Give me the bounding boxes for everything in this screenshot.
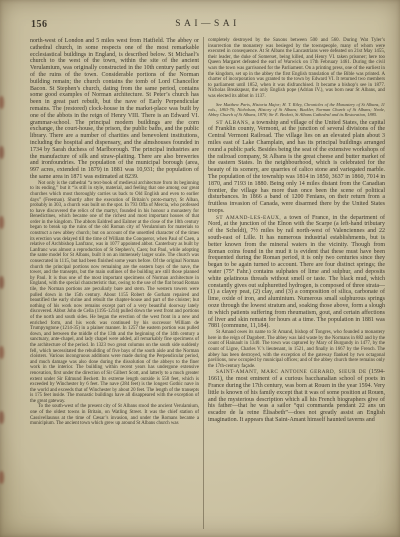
entry-st-albans-vermont-paragraph: ST ALBANS, a township and village of the… xyxy=(208,120,385,215)
st-albans-england-continued-paragraph: north-west of London and 5 miles west fr… xyxy=(30,38,199,181)
paragraph-text: St Amand owes its name to St Amand, bish… xyxy=(208,330,385,369)
paragraph-text: To the south-west of the present city of… xyxy=(30,404,199,426)
paragraph-text: completely destroyed by the Saxons betwe… xyxy=(208,38,385,99)
paragraph-text: a town of France, in the department of N… xyxy=(208,215,385,330)
left-column: north-west of London and 5 miles west fr… xyxy=(30,38,199,427)
st-albans-cathedral-history-paragraph: Not only is the cathedral “a text-book o… xyxy=(30,181,199,405)
book-page: 156 SAI—SAI north-west of London and 5 m… xyxy=(0,0,400,537)
verulamium-paragraph: To the south-west of the present city of… xyxy=(30,404,199,426)
st-amand-abbey-history-paragraph: St Amand owes its name to St Amand, bish… xyxy=(208,330,385,369)
running-head: SAI—SAI xyxy=(30,19,385,29)
entry-headword-saint-amant: SAINT-AMANT, MARC ANTOINE GERARD, SIEUR … xyxy=(216,369,367,375)
entry-headword-st-albans-vermont: ST ALBANS, xyxy=(216,120,250,126)
entry-st-amand-les-eaux-paragraph: ST AMAND-LES-EAUX, a town of France, in … xyxy=(208,215,385,331)
paragraph-text: (1594-1661), the most eminent of a curio… xyxy=(208,369,385,423)
column-divider xyxy=(203,37,204,529)
page-header: 156 SAI—SAI xyxy=(30,19,385,32)
entry-headword-st-amand-les-eaux: ST AMAND-LES-EAUX, xyxy=(216,215,281,221)
paragraph-text: See Matthew Paris, Historia Major; H. T.… xyxy=(208,102,385,117)
paragraph-text: Not only is the cathedral “a text-book o… xyxy=(30,181,199,404)
bibliography-paragraph: See Matthew Paris, Historia Major; H. T.… xyxy=(208,102,385,117)
st-albans-history-continued-paragraph: completely destroyed by the Saxons betwe… xyxy=(208,38,385,100)
right-column: completely destroyed by the Saxons betwe… xyxy=(208,38,385,424)
page-edge-marks xyxy=(0,96,4,109)
entry-saint-amant-paragraph: SAINT-AMANT, MARC ANTOINE GERARD, SIEUR … xyxy=(208,369,385,423)
paragraph-text: north-west of London and 5 miles west fr… xyxy=(30,38,199,180)
paragraph-text: a township and village of the United Sta… xyxy=(208,120,385,214)
